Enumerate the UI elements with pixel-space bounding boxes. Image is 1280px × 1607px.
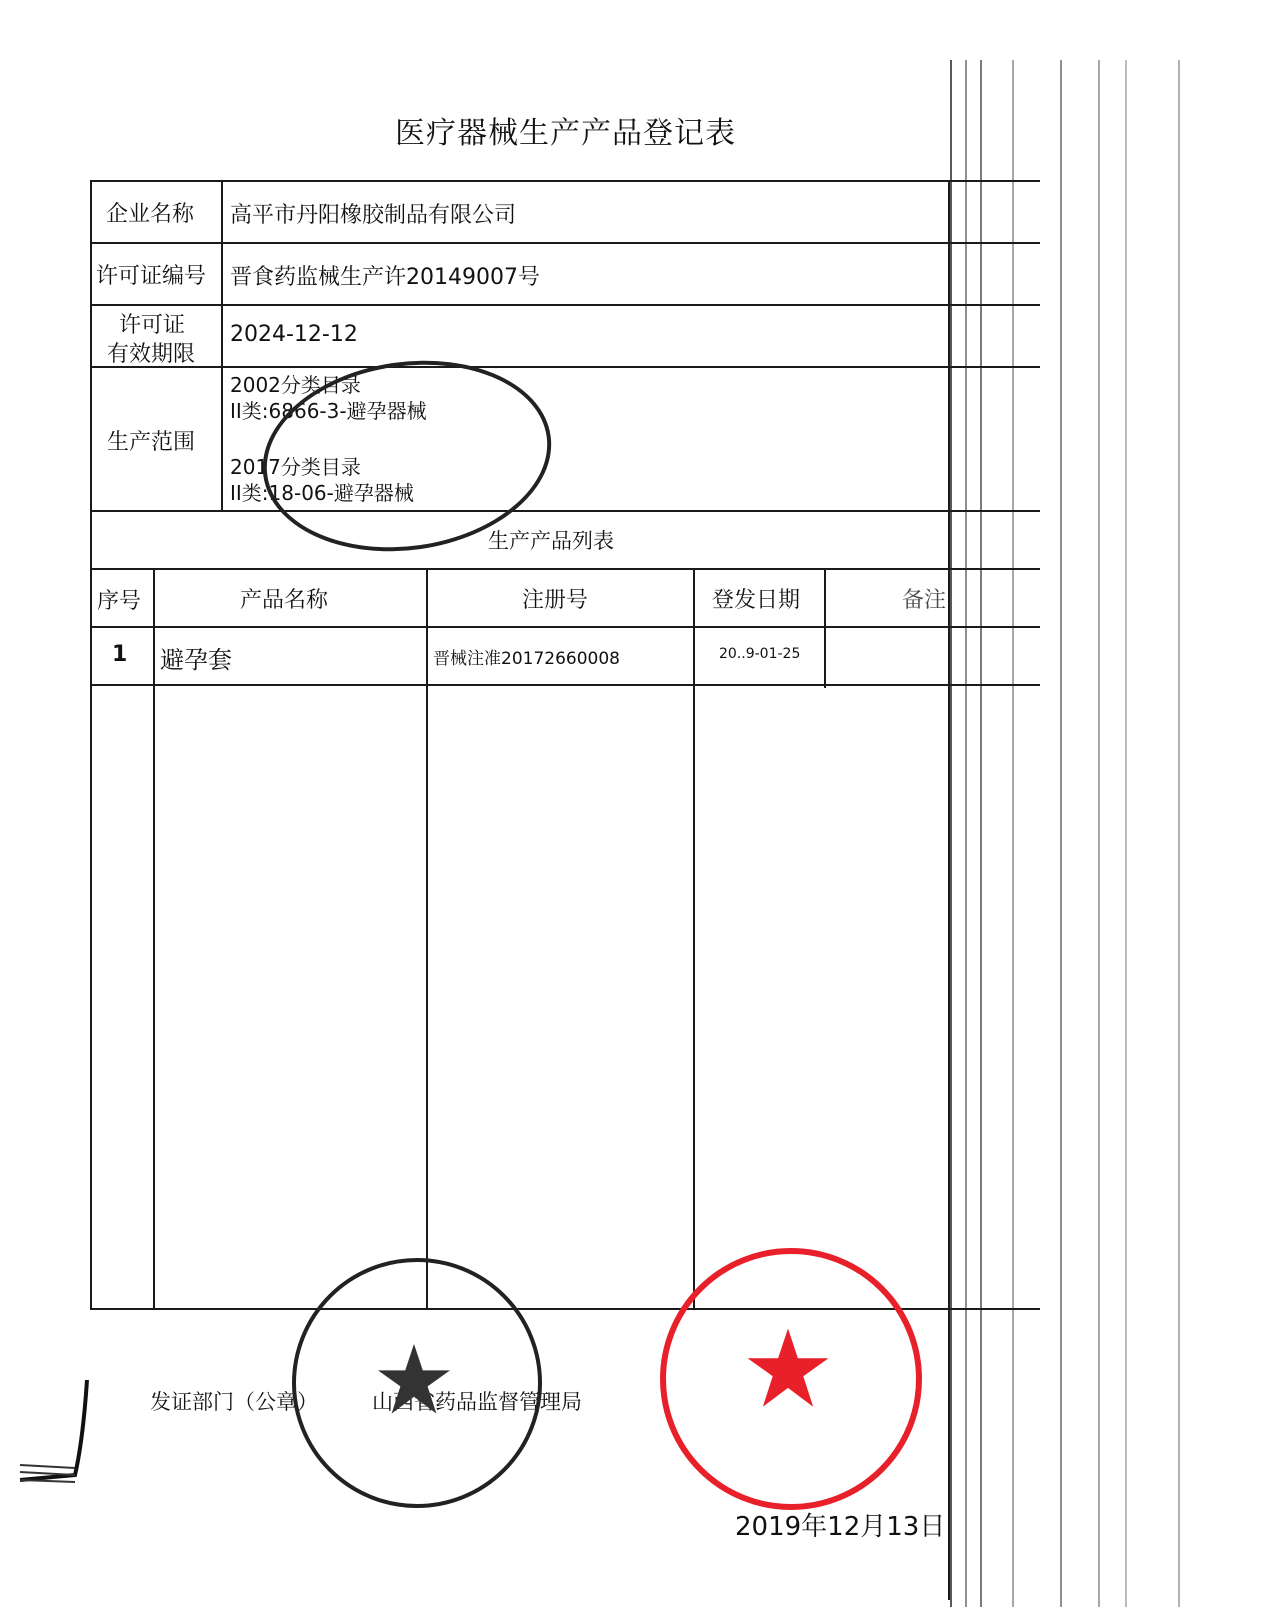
row-index: 1 bbox=[112, 642, 127, 667]
production-scope-label: 生产范围 bbox=[107, 425, 195, 456]
company-name-value: 高平市丹阳橡胶制品有限公司 bbox=[230, 198, 516, 229]
document-title: 医疗器械生产产品登记表 bbox=[395, 108, 736, 152]
scan-artifact-lines bbox=[940, 60, 1280, 1607]
header-registration-number: 注册号 bbox=[522, 583, 588, 614]
license-number-label: 许可证编号 bbox=[96, 259, 206, 290]
row-issue-date: 20..9-01-25 bbox=[719, 646, 800, 662]
license-validity-label-line2: 有效期限 bbox=[107, 337, 195, 368]
issue-date: 2019年12月13日 bbox=[735, 1506, 945, 1543]
company-name-label: 企业名称 bbox=[106, 197, 194, 228]
row-registration-number: 晋械注准20172660008 bbox=[433, 644, 620, 669]
scan-artifact-left bbox=[15, 1380, 95, 1500]
red-star-icon bbox=[743, 1324, 833, 1414]
agency-seal-stamp bbox=[292, 1258, 542, 1508]
license-validity-label-line1: 许可证 bbox=[119, 308, 185, 339]
red-company-stamp bbox=[660, 1248, 922, 1510]
license-validity-value: 2024-12-12 bbox=[230, 322, 358, 347]
row-product-name: 避孕套 bbox=[160, 640, 232, 675]
license-number-value: 晋食药监械生产许20149007号 bbox=[230, 260, 540, 291]
header-product-name: 产品名称 bbox=[240, 583, 328, 614]
header-index: 序号 bbox=[97, 584, 141, 615]
product-list-title: 生产产品列表 bbox=[488, 525, 614, 555]
star-icon bbox=[374, 1340, 454, 1420]
header-issue-date: 登发日期 bbox=[712, 583, 800, 614]
